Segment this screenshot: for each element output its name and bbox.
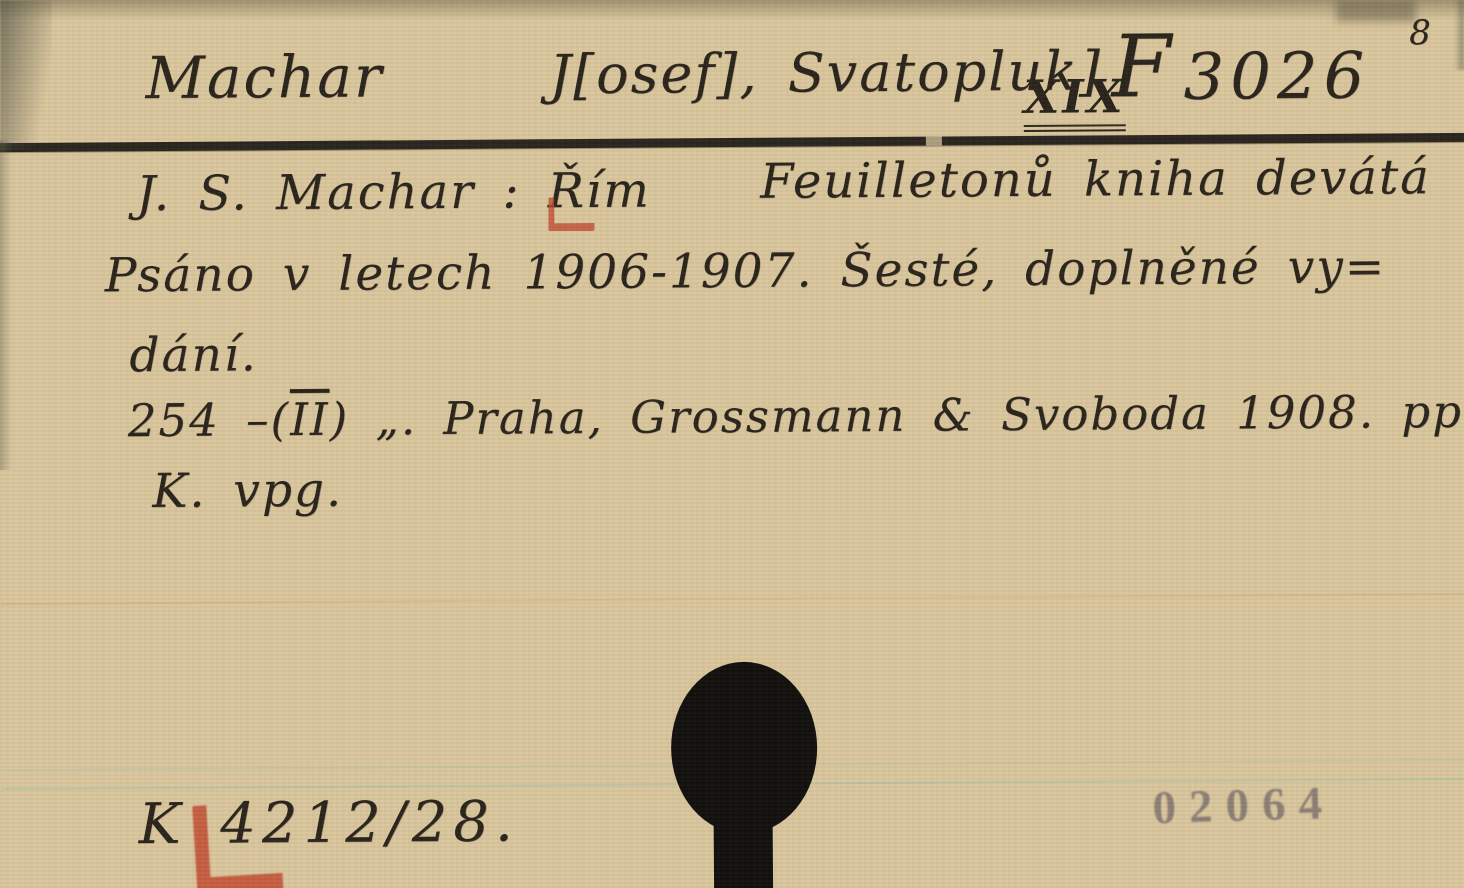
binding-note: K. vpg. (152, 463, 343, 519)
edition-line: Psáno v letech 1906-1907. Šesté, doplněn… (105, 239, 1387, 303)
scan-edge-top-left (0, 0, 52, 150)
scan-smudge-top-right (1336, 0, 1416, 22)
red-corner-stamp (192, 801, 283, 888)
edition-line-continued: dání. (129, 327, 258, 383)
heading-forenames: J[osef], Svatopluk] (549, 39, 1102, 106)
subtitle-line: Feuilletonů kniha devátá (760, 149, 1431, 210)
collation-suffix: ) „. (329, 392, 417, 446)
imprint: Praha, Grossmann & Svoboda 1908. ppl. (443, 385, 1464, 445)
red-corner-mark-title (548, 197, 594, 231)
scan-edge-right-top (1454, 0, 1464, 70)
catalog-card: Machar J[osef], Svatopluk] XIX F 3026 8 … (0, 0, 1464, 888)
keyhole-punch-hole (649, 649, 839, 888)
stamp-number: 02064 (1152, 776, 1336, 835)
collation-imprint-line: 254 –(II) „.Praha, Grossmann & Svoboda 1… (128, 385, 1464, 448)
collation-roman-numeral: II (290, 393, 330, 446)
paper-crease-line (1, 593, 1464, 605)
heading-surname: Machar (145, 42, 384, 112)
collation-prefix: 254 –( (128, 393, 291, 447)
header-rule (0, 133, 1464, 152)
header-rule-gap (926, 137, 942, 146)
scan-edge-left (0, 140, 12, 470)
class-mark: XIX (1023, 69, 1125, 132)
scan-edge-top (0, 0, 1464, 20)
shelf-mark-letter: F (1111, 17, 1171, 117)
card-content: Machar J[osef], Svatopluk] XIX F 3026 8 … (0, 0, 1464, 888)
shelf-mark-number: 3026 (1183, 40, 1370, 115)
